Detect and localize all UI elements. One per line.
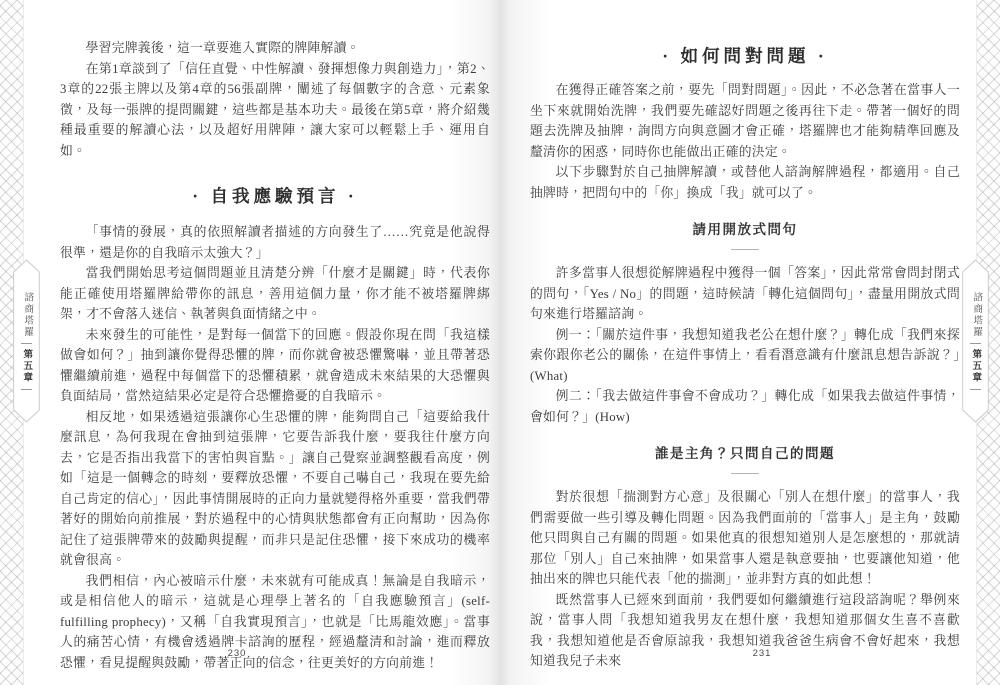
body-paragraph: 學習完牌義後，這一章要進入實際的牌陣解讀。 — [60, 38, 490, 59]
body-paragraph: 相反地，如果透過這張讓你心生恐懼的牌，能夠問自己「這要給我什麼訊息，為何我現在會… — [60, 407, 490, 571]
body-paragraph: 對於很想「揣測對方心意」及很關心「別人在想什麼」的當事人，我們需要做一些引導及轉… — [530, 487, 960, 590]
body-paragraph: 既然當事人已經來到面前，我們要如何繼續進行這段諮詢呢？舉例來說，當事人問「我想知… — [530, 590, 960, 672]
section-title-ask-right-question: · 如何問對問題 · — [530, 44, 960, 68]
series-title: 諮商塔羅 — [22, 292, 32, 338]
chapter-label: 第五章 — [22, 349, 32, 384]
body-paragraph: 在獲得正確答案之前，要先「問對問題」。因此，不必急著在當事人一坐下來就開始洗牌，… — [530, 80, 960, 162]
tab-divider — [21, 389, 32, 390]
body-paragraph: 未來發生的可能性，是對每一個當下的回應。假設你現在問「我這樣做會如何？」抽到讓你… — [60, 325, 490, 407]
chapter-tab-left: 諮商塔羅 第五章 — [13, 259, 40, 423]
body-paragraph: 例一：「關於這件事，我想知道我老公在想什麼？」轉化成「我們來探索你跟你老公的關係… — [530, 325, 960, 387]
body-paragraph: 以下步驟對於自己抽牌解讀，或替他人諮詢解牌過程，都適用。自己抽牌時，把問句中的「… — [530, 162, 960, 203]
subsection-title-open-questions: 請用開放式問句 — [530, 220, 960, 240]
body-paragraph: 許多當事人很想從解牌過程中獲得一個「答案」，因此常常會問封閉式的問句，「Yes … — [530, 263, 960, 325]
subsection-divider — [731, 473, 759, 474]
page-number-left: 230 — [215, 648, 259, 659]
chapter-tab-right: 諮商塔羅 第五章 — [962, 259, 989, 423]
tab-divider — [970, 389, 981, 390]
subsection-title-who-is-protagonist: 誰是主角？只問自己的問題 — [530, 444, 960, 464]
body-paragraph: 當我們開始思考這個問題並且清楚分辨「什麼才是關鍵」時，代表你能正確使用塔羅牌給帶… — [60, 263, 490, 325]
page-number-right: 231 — [740, 648, 784, 659]
body-paragraph: 在第1章談到了「信任直覺、中性解讀、發揮想像力與創造力」，第2、3章的22張主牌… — [60, 59, 490, 162]
chapter-label: 第五章 — [971, 349, 981, 384]
subsection-divider — [731, 249, 759, 250]
body-paragraph: 「事情的發展，真的依照解讀者描述的方向發生了……究竟是他說得很準，還是你的自我暗… — [60, 222, 490, 263]
tab-divider — [21, 343, 32, 344]
section-title-self-fulfilling-prophecy: · 自我應驗預言 · — [60, 184, 490, 208]
page-right: · 如何問對問題 · 在獲得正確答案之前，要先「問對問題」。因此，不必急著在當事… — [530, 38, 960, 672]
page-left: 學習完牌義後，這一章要進入實際的牌陣解讀。 在第1章談到了「信任直覺、中性解讀、… — [60, 38, 490, 673]
tab-divider — [970, 343, 981, 344]
body-paragraph: 我們相信，內心被暗示什麼，未來就有可能成真！無論是自我暗示，或是相信他人的暗示，… — [60, 571, 490, 674]
series-title: 諮商塔羅 — [971, 292, 981, 338]
body-paragraph: 例二：「我去做這件事會不會成功？」轉化成「如果我去做這件事情，會如何？」(How… — [530, 386, 960, 427]
